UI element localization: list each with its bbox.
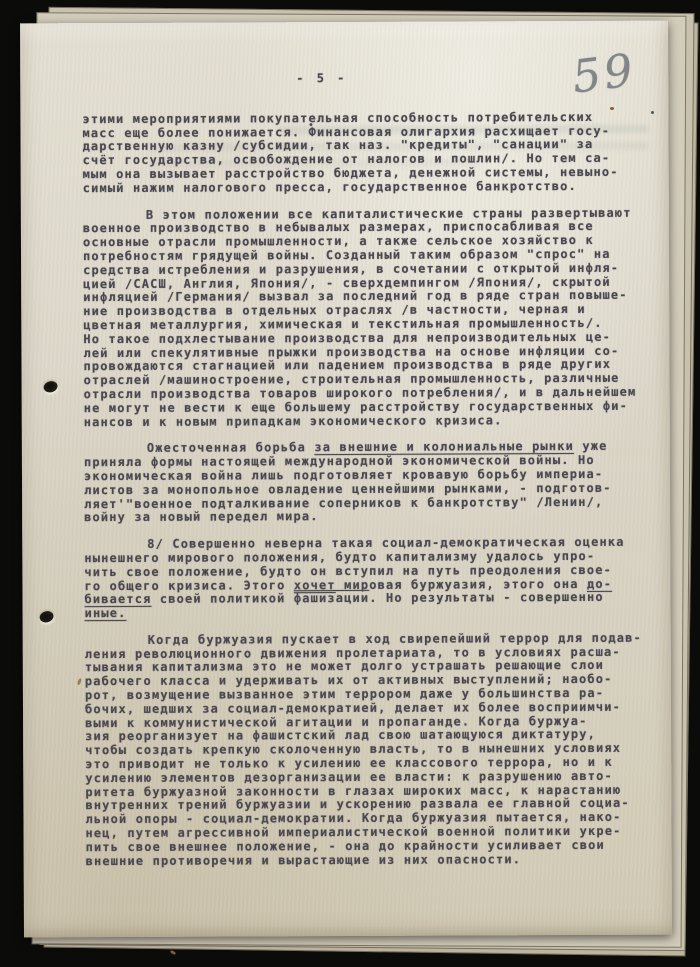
emphasized-text: фашизации [294, 591, 369, 605]
paragraph: 8/ Совершенно неверна такая социал-демок… [84, 536, 649, 621]
paragraph: этими мероприятиями покупательная способ… [82, 110, 647, 195]
text-segment: уже [574, 439, 608, 453]
emphasized-text: хочет [294, 578, 336, 592]
paragraph: Ожесточенная борьба за внешние и колониа… [84, 440, 649, 525]
emphasized-text: иные. [85, 606, 127, 620]
text-line: внешние противоречия и вырастающие из ни… [86, 852, 651, 868]
text-line: войну за новый передел мира. [84, 509, 649, 525]
text-segment: нансов и к новым припадкам экономическог… [84, 413, 503, 429]
text-segment: симый нажим налогового пресса, государст… [83, 179, 577, 195]
text-line: симый нажим налогового пресса, государст… [83, 179, 648, 195]
paragraph: Когда буржуазия пускает в ход свирепейши… [85, 632, 651, 869]
punch-hole [38, 610, 54, 624]
document-body: - 5 - этими мероприятиями покупательная … [82, 71, 650, 869]
punch-hole [42, 380, 58, 394]
text-segment: своей политикой [151, 592, 293, 607]
document-page: 59 - 5 - этими мероприятиями покупательн… [20, 21, 672, 938]
text-line: иные. [85, 605, 650, 621]
text-line: нансов и к новым припадкам экономическог… [84, 413, 649, 429]
text-segment: не могут не вести к еще большему расстро… [84, 399, 628, 415]
paper-speck [610, 107, 614, 110]
emphasized-text: до- [587, 576, 612, 590]
paper-speck [77, 678, 82, 686]
paper-speck [651, 111, 654, 114]
text-line: бивается своей политикой фашизации. Но р… [84, 591, 649, 607]
page-number: - 5 - [296, 71, 647, 86]
text-segment: Ожесточенная борьба [147, 440, 315, 455]
text-segment: внешние противоречия и вырастающие из ни… [86, 852, 522, 868]
text-segment: ляет'"военное подталкивание соперников к… [84, 494, 603, 510]
paper-speck [309, 123, 312, 126]
photo-background: 59 - 5 - этими мероприятиями покупательн… [0, 0, 700, 967]
emphasized-text: бивается [84, 592, 151, 606]
text-segment: войну за новый передел мира. [84, 509, 319, 524]
paper-speck [170, 950, 177, 956]
text-segment: . Но результаты - совершенно [369, 590, 604, 605]
paragraph: В этом положении все капиталистические с… [83, 206, 649, 429]
text-segment: пить свое внешнее положение, - она до кр… [86, 838, 605, 854]
